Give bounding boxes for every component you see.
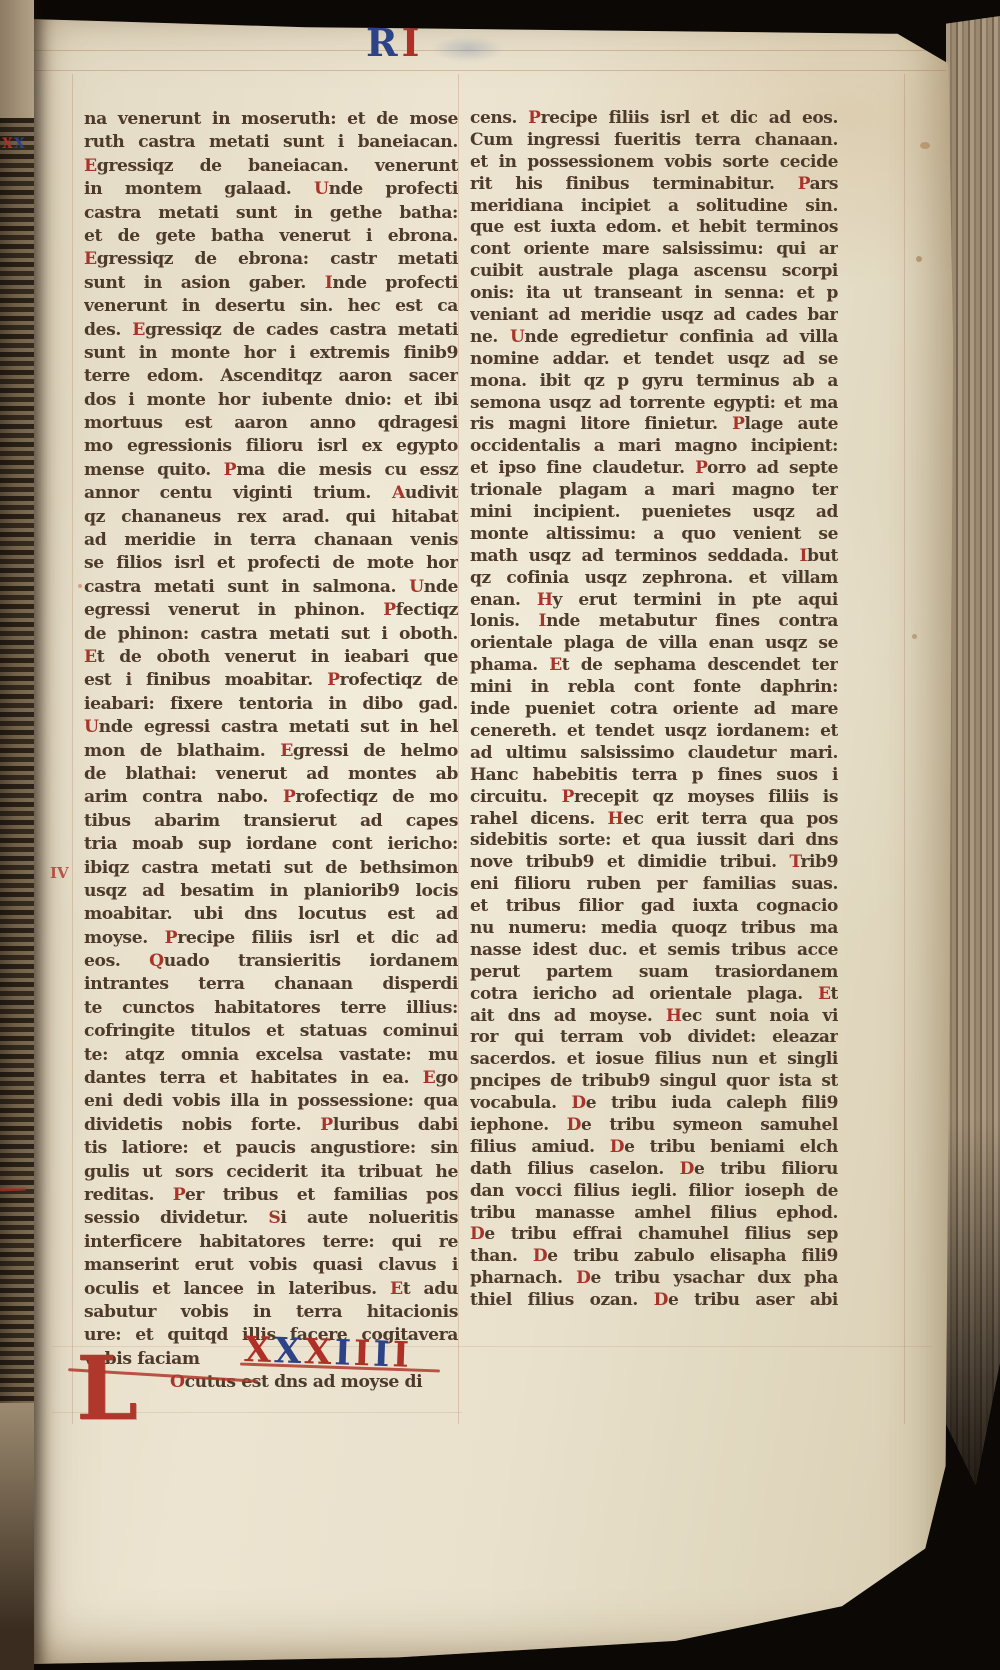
text-line: Hanc habebitis terra p fines suos i xyxy=(470,765,838,787)
text-line: terre edom. Ascenditqz aaron sacer xyxy=(84,365,458,388)
rubricated-initial: E xyxy=(132,320,145,340)
text-line: des. Egressiqz de cades castra metati xyxy=(84,319,458,342)
text-line: de phinon: castra metati sut i oboth. xyxy=(84,623,458,646)
text-line: tria moab sup iordane cont iericho: xyxy=(84,833,458,856)
text-line: meridiana incipiet a solitudine sin. xyxy=(470,196,838,218)
rubricated-initial: U xyxy=(510,327,524,347)
rubricated-initial: D xyxy=(610,1137,624,1157)
rubricated-initial: D xyxy=(470,1224,484,1244)
text-line: filius amiud. De tribu beniami elch xyxy=(470,1137,838,1159)
text-line: Cum ingressi fueritis terra chanaan. xyxy=(470,130,838,152)
text-line: ait dns ad moyse. Hec sunt noia vi xyxy=(470,1006,838,1028)
text-line: se filios isrl et profecti de mote hor xyxy=(84,552,458,575)
text-line: trionale plagam a mari magno ter xyxy=(470,480,838,502)
rubricated-initial: P xyxy=(283,787,296,807)
ruling-line-intercolumn xyxy=(458,74,459,1424)
text-line: pharnach. De tribu ysachar dux pha xyxy=(470,1268,838,1290)
text-line: rit his finibus terminabitur. Pars xyxy=(470,174,838,196)
text-line: reditas. Per tribus et familias pos xyxy=(84,1184,458,1207)
text-line: castra metati sunt in salmona. Unde xyxy=(84,576,458,599)
letter-glyph: I xyxy=(402,20,424,65)
rubricated-initial: U xyxy=(409,577,424,597)
rubricated-initial: D xyxy=(680,1159,694,1179)
text-line: ibiqz castra metati sut de bethsimon xyxy=(84,857,458,880)
text-line: moyse. Precipe filiis isrl et dic ad xyxy=(84,927,458,950)
text-line: sabutur vobis in terra hitacionis xyxy=(84,1301,458,1324)
text-line: et in possessionem vobis sorte cecide xyxy=(470,152,838,174)
text-line: onis: ita ut transeant in senna: et p xyxy=(470,283,838,305)
text-line: ris magni litore finietur. Plage aute xyxy=(470,414,838,436)
text-line: perut partem suam trasiordanem xyxy=(470,962,838,984)
ruling-line-top-2 xyxy=(34,70,946,71)
text-line: te cunctos habitatores terre illius: xyxy=(84,997,458,1020)
text-line: tribu manasse amhel filius ephod. xyxy=(470,1203,838,1225)
text-line: mini in rebla cont fonte daphrin: xyxy=(470,677,838,699)
text-line: te: atqz omnia excelsa vastate: mu xyxy=(84,1044,458,1067)
text-line: mo egressionis filioru isrl ex egypto xyxy=(84,435,458,458)
text-line: intrantes terra chanaan disperdi xyxy=(84,973,458,996)
text-column-left: na venerunt in moseruth: et de moseruth … xyxy=(84,108,458,1394)
rubricated-initial: I xyxy=(800,546,808,566)
text-line: sunt in asion gaber. Inde profecti xyxy=(84,272,458,295)
rubricated-initial: E xyxy=(818,984,831,1004)
rubricated-initial: P xyxy=(798,174,810,194)
text-line: que est iuxta edom. et hebit terminos xyxy=(470,217,838,239)
text-line: mortuus est aaron anno qdragesi xyxy=(84,412,458,435)
running-title: RI xyxy=(366,20,423,65)
text-line: dos i monte hor iubente dnio: et ibi xyxy=(84,389,458,412)
text-line: sessio dividetur. Si aute nolueritis xyxy=(84,1207,458,1230)
rubricated-initial: U xyxy=(314,179,329,199)
letter-glyph: X xyxy=(2,136,14,152)
text-line: than. De tribu zabulo elisapha fili9 xyxy=(470,1246,838,1268)
facing-page-text-texture xyxy=(0,118,34,1403)
text-line: inde pueniet cotra oriente ad mare xyxy=(470,699,838,721)
rubricated-initial: H xyxy=(537,590,553,610)
facing-page-bottom-edge xyxy=(0,1403,34,1670)
parchment-stain xyxy=(912,634,917,639)
facing-page-edge: XX xyxy=(0,0,34,1670)
rubricated-initial: Q xyxy=(149,951,164,971)
text-line: dantes terra et habitates in ea. Ego xyxy=(84,1067,458,1090)
parchment-stain xyxy=(78,584,82,588)
rubricated-initial: P xyxy=(695,458,707,478)
text-line: cens. Precipe filiis isrl et dic ad eos. xyxy=(470,108,838,130)
rubricated-initial: P xyxy=(173,1185,185,1205)
text-line: nomine addar. et tendet usqz ad se xyxy=(470,349,838,371)
rubricated-initial: P xyxy=(165,928,178,948)
text-line: iephone. De tribu symeon samuhel xyxy=(470,1115,838,1137)
text-line: monte altissimu: a quo venient se xyxy=(470,524,838,546)
rubricated-initial: D xyxy=(571,1093,585,1113)
text-line: orientale plaga de villa enan usqz se xyxy=(470,633,838,655)
text-line: manserint erut vobis quasi clavus i xyxy=(84,1254,458,1277)
text-line: cont oriente mare salsissimu: qui ar xyxy=(470,239,838,261)
rubricated-initial: P xyxy=(732,414,744,434)
book-fore-edge-pages xyxy=(946,16,1000,1546)
text-line: vocabula. De tribu iuda caleph fili9 xyxy=(470,1093,838,1115)
rubricated-initial: E xyxy=(280,741,293,761)
parchment-stain xyxy=(916,256,922,262)
text-line: cuibit australe plaga ascensu scorpi xyxy=(470,261,838,283)
text-line: mense quito. Pma die mesis cu essz xyxy=(84,459,458,482)
text-line: usqz ad besatim in planiorib9 locis xyxy=(84,880,458,903)
text-line: annor centu viginti trium. Audivit xyxy=(84,482,458,505)
text-line: et de gete batha venerut i ebrona. xyxy=(84,225,458,248)
text-line: dividetis nobis forte. Pluribus dabi xyxy=(84,1114,458,1137)
text-line: ad ultimu salsissimo claudetur mari. xyxy=(470,743,838,765)
rubricated-initial: A xyxy=(392,483,405,503)
rubricated-initial: P xyxy=(528,108,540,128)
rubricated-initial: E xyxy=(84,647,97,667)
rubricated-initial: P xyxy=(327,670,340,690)
text-line: dan vocci filius iegli. filior ioseph de xyxy=(470,1181,838,1203)
text-line: gulis ut sors ceciderit ita tribuat he xyxy=(84,1161,458,1184)
text-line: circuitu. Precepit qz moyses filiis is xyxy=(470,787,838,809)
text-line: veniant ad meridie usqz ad cades bar xyxy=(470,305,838,327)
text-line: sunt in monte hor i extremis finib9 xyxy=(84,342,458,365)
text-line: eos. Quado transieritis iordanem xyxy=(84,950,458,973)
text-line: semona usqz ad torrente egypti: et ma xyxy=(470,393,838,415)
text-line: et ipso fine claudetur. Porro ad septe xyxy=(470,458,838,480)
text-line: ieabari: fixere tentoria in dibo gad. xyxy=(84,693,458,716)
rubricated-initial: P xyxy=(224,460,237,480)
text-line: egressi venerut in phinon. Pfectiqz xyxy=(84,599,458,622)
text-line: thiel filius ozan. De tribu aser abi xyxy=(470,1290,838,1312)
text-line: eni filioru ruben per familias suas. xyxy=(470,874,838,896)
text-line: pncipes de tribub9 singul quor ista st xyxy=(470,1071,838,1093)
text-line: sidebitis sorte: et qua iussit dari dns xyxy=(470,830,838,852)
text-line: occidentalis a mari magno incipient: xyxy=(470,436,838,458)
text-line: arim contra nabo. Profectiqz de mo xyxy=(84,786,458,809)
text-line: mon de blathaim. Egressi de helmo xyxy=(84,740,458,763)
rubricated-initial: I xyxy=(325,273,333,293)
text-line: dath filius caselon. De tribu filioru xyxy=(470,1159,838,1181)
rubricated-initial: U xyxy=(84,717,99,737)
faded-ink-smudge xyxy=(420,32,516,66)
rubricated-initial: E xyxy=(390,1279,403,1299)
rubricated-initial: P xyxy=(320,1115,333,1135)
text-line: tis latiore: et paucis angustiore: sin xyxy=(84,1137,458,1160)
rubricated-initial: E xyxy=(84,249,97,269)
text-line: ad meridie in terra chanaan venis xyxy=(84,529,458,552)
text-line: Et de oboth venerut in ieabari que xyxy=(84,646,458,669)
left-margin-note: IV xyxy=(50,864,69,882)
manuscript-photo: RI na venerunt in moseruth: et de moseru… xyxy=(0,0,1000,1670)
ruling-line-right-margin xyxy=(904,74,905,1424)
rubricated-initial: T xyxy=(789,852,800,872)
folio-number: 64 xyxy=(894,1601,917,1621)
drop-cap-initial: L xyxy=(76,1344,138,1432)
text-line: cenereth. et tendet usqz iordanem: et xyxy=(470,721,838,743)
text-line: mini incipient. puenietes usqz ad xyxy=(470,502,838,524)
text-line: ruth castra metati sunt i baneiacan. xyxy=(84,131,458,154)
text-line: cofringite titulos et statuas cominui xyxy=(84,1020,458,1043)
column-right-lines: cens. Precipe filiis isrl et dic ad eos.… xyxy=(470,108,838,1312)
parchment-stain xyxy=(920,142,930,149)
rubricated-initial: D xyxy=(567,1115,581,1135)
text-line: na venerunt in moseruth: et de mose xyxy=(84,108,458,131)
rubricated-initial: P xyxy=(383,600,396,620)
rubricated-initial: I xyxy=(539,611,547,631)
rubricated-initial: D xyxy=(576,1268,590,1288)
text-line: et tribus filior gad iuxta cognacio xyxy=(470,896,838,918)
ruling-line-left-margin xyxy=(72,74,73,1424)
text-line: qz cofinia usqz zephrona. et villam xyxy=(470,568,838,590)
rubricated-initial: S xyxy=(268,1208,280,1228)
text-line: enan. Hy erut termini in pte aqui xyxy=(470,590,838,612)
text-line: sacerdos. et iosue filius nun et singli xyxy=(470,1049,838,1071)
text-line: rahel dicens. Hec erit terra qua pos xyxy=(470,809,838,831)
parchment-page: RI na venerunt in moseruth: et de moseru… xyxy=(28,14,953,1664)
text-line: Egressiqz de baneiacan. venerunt xyxy=(84,155,458,178)
text-line: math usqz ad terminos seddada. Ibut xyxy=(470,546,838,568)
rubricated-initial: H xyxy=(608,809,624,829)
facing-page-chapter-numeral: XX xyxy=(2,136,26,152)
text-line: moabitar. ubi dns locutus est ad xyxy=(84,903,458,926)
text-line: est i finibus moabitar. Profectiqz de xyxy=(84,669,458,692)
text-line: in montem galaad. Unde profecti xyxy=(84,178,458,201)
rubricated-initial: P xyxy=(562,787,574,807)
text-line: mona. ibit qz p gyru terminus ab a xyxy=(470,371,838,393)
text-line: De tribu effrai chamuhel filius sep xyxy=(470,1224,838,1246)
text-line: ne. Unde egredietur confinia ad villa xyxy=(470,327,838,349)
text-line: nu numeru: media quoqz tribus ma xyxy=(470,918,838,940)
text-line: eni dedi vobis illa in possessione: qua xyxy=(84,1090,458,1113)
text-line: ror qui terram vob dividet: eleazar xyxy=(470,1027,838,1049)
text-line: tibus abarim transierut ad capes xyxy=(84,810,458,833)
text-line: castra metati sunt in gethe batha: xyxy=(84,202,458,225)
text-line: nasse idest duc. et semis tribus acce xyxy=(470,940,838,962)
text-line: lonis. Inde metabutur fines contra xyxy=(470,611,838,633)
column-left-lines: na venerunt in moseruth: et de moseruth … xyxy=(84,108,458,1348)
text-column-right: cens. Precipe filiis isrl et dic ad eos.… xyxy=(470,108,838,1312)
facing-page-top-margin xyxy=(0,0,34,118)
rubricated-initial: D xyxy=(533,1246,547,1266)
text-line: qz chananeus rex arad. qui hitabat xyxy=(84,506,458,529)
letter-glyph: R xyxy=(366,20,402,65)
text-line: Egressiqz de ebrona: castr metati xyxy=(84,248,458,271)
text-line: venerunt in desertu sin. hec est ca xyxy=(84,295,458,318)
text-line: interficere habitatores terre: qui re xyxy=(84,1231,458,1254)
rubricated-initial: D xyxy=(654,1290,668,1310)
rubricated-initial: E xyxy=(423,1068,436,1088)
text-line: phama. Et de sephama descendet ter xyxy=(470,655,838,677)
rubricated-initial: H xyxy=(666,1006,682,1026)
text-line: Unde egressi castra metati sut in hel xyxy=(84,716,458,739)
letter-glyph: X xyxy=(14,136,26,152)
text-line: nove tribub9 et dimidie tribui. Trib9 xyxy=(470,852,838,874)
text-line: cotra iericho ad orientale plaga. Et xyxy=(470,984,838,1006)
rubricated-initial: E xyxy=(84,156,97,176)
rubricated-initial: E xyxy=(549,655,562,675)
text-line: de blathai: venerut ad montes ab xyxy=(84,763,458,786)
text-line: oculis et lancee in lateribus. Et adu xyxy=(84,1278,458,1301)
